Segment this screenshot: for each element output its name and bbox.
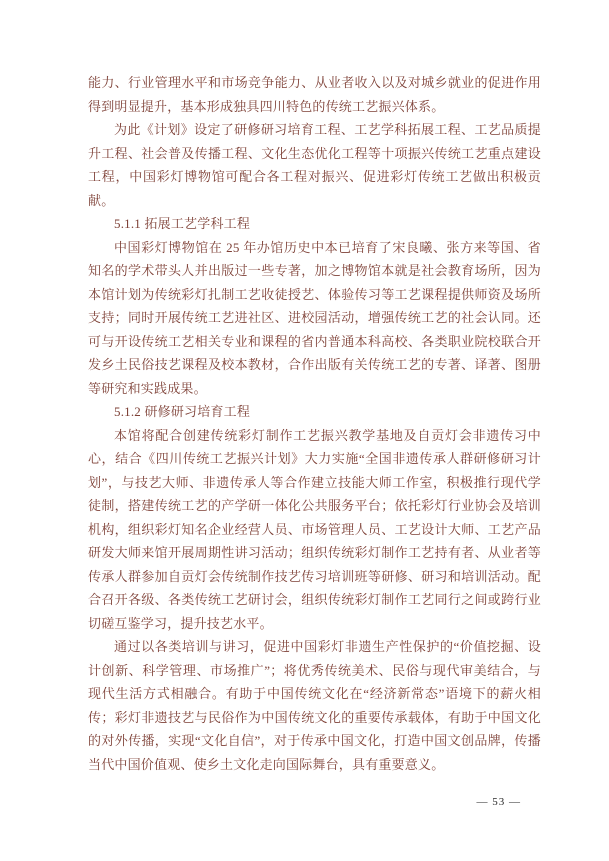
paragraph-continuation: 能力、行业管理水平和市场竞争能力、从业者收入以及对城乡就业的促进作用得到明显提升… [88,71,541,118]
section-heading-5-1-1: 5.1.1 拓展工艺学科工程 [88,212,541,236]
paragraph: 通过以各类培训与讲习，促进中国彩灯非遗生产性保护的“价值挖掘、设计创新、科学管理… [88,635,541,776]
paragraph: 中国彩灯博物馆在 25 年办馆历史中本已培育了宋良曦、张方来等国、省知名的学术带… [88,236,541,401]
paragraph: 为此《计划》设定了研修研习培育工程、工艺学科拓展工程、工艺品质提升工程、社会普及… [88,118,541,212]
section-heading-5-1-2: 5.1.2 研修研习培育工程 [88,400,541,424]
page-number: — 53 — [0,796,521,808]
document-page: 能力、行业管理水平和市场竞争能力、从业者收入以及对城乡就业的促进作用得到明显提升… [0,0,609,861]
paragraph: 本馆将配合创建传统彩灯制作工艺振兴教学基地及自贡灯会非遗传习中心，结合《四川传统… [88,424,541,636]
document-text-block: 能力、行业管理水平和市场竞争能力、从业者收入以及对城乡就业的促进作用得到明显提升… [88,71,541,776]
